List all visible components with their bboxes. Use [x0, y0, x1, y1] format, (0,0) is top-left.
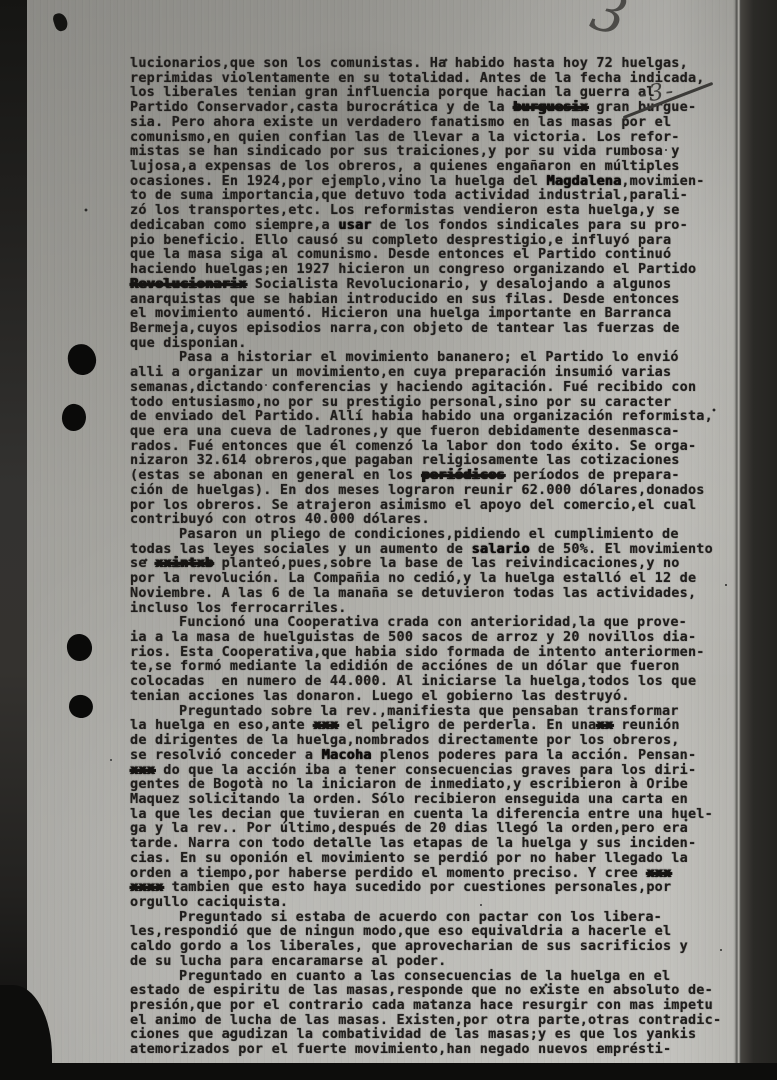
typed-line: atemorizados por el fuerte movimiento,ha…: [130, 1042, 748, 1057]
typed-line: sia. Pero ahora existe un verdadero fana…: [130, 115, 748, 130]
typed-line: de su lucha para encaramarse al poder.: [130, 954, 748, 969]
typed-line: mistas se han sindicado por sus traicion…: [130, 144, 748, 159]
typed-line: alli a organizar un movimiento,en cuya p…: [130, 365, 748, 380]
typed-line: gentes de Bogotà no la iniciaron de inme…: [130, 777, 748, 792]
typed-line: el movimiento aumentó. Hicieron una huel…: [130, 306, 748, 321]
typed-line: te,se formó mediante la edidión de acció…: [130, 659, 748, 674]
typed-line: anarquistas que se habian introducido en…: [130, 292, 748, 307]
typed-line: ción de huelgas). En dos meses lograron …: [130, 483, 748, 498]
typed-line: tarde. Narra con todo detalle las etapas…: [130, 836, 748, 851]
scan-border-bottom: [0, 1063, 777, 1080]
typed-line: ga y la rev.. Por último,después de 20 d…: [130, 821, 748, 836]
typed-line: xxx do que la acción iba a tener consecu…: [130, 763, 748, 778]
typed-line: Bermeja,cuyos episodios narra,con objeto…: [130, 321, 748, 336]
typed-line: nizaron 32.614 obreros,que pagaban relig…: [130, 453, 748, 468]
typed-line: to de suma importancia,que detuvo toda a…: [130, 188, 748, 203]
typed-line: presión,que por el contrario cada matanz…: [130, 998, 748, 1013]
typed-line: dedicaban como siempre,a usar de los fon…: [130, 218, 748, 233]
typed-line: zó los transportes,etc. Los reformistas …: [130, 203, 748, 218]
typed-line: Pasaron un pliego de condiciones,pidiend…: [130, 527, 748, 542]
typed-line: que era una cueva de ladrones,y que fuer…: [130, 424, 748, 439]
typed-line: se resolvió conceder a Macoha plenos pod…: [130, 748, 748, 763]
typed-line: Funcionó una Cooperativa crada con anter…: [130, 615, 748, 630]
typed-line: estado de espiritu de las masas,responde…: [130, 983, 748, 998]
typed-line: xxxx tambien que esto haya sucedido por …: [130, 880, 748, 895]
typed-line: colocadas en numero de 44.000. Al inicia…: [130, 674, 748, 689]
typed-line: ia a la masa de huelguistas de 500 sacos…: [130, 630, 748, 645]
typed-line: cias. En su oponión el movimiento se per…: [130, 851, 748, 866]
typed-line: que la masa siga al comunismo. Desde ent…: [130, 247, 748, 262]
typed-line: ciones que agudizan la combatividad de l…: [130, 1027, 748, 1042]
typed-line: lucionarios,que son los comunistas. Ha h…: [130, 56, 748, 71]
typed-line: semanas,dictando conferencias y haciendo…: [130, 380, 748, 395]
typed-line: caldo gordo a los liberales, que aprovec…: [130, 939, 748, 954]
paper-right-edge: [734, 0, 741, 1063]
typed-line: de dirigentes de la huelga,nombrados dir…: [130, 733, 748, 748]
typed-line: de enviado del Partido. Allí habia habid…: [130, 409, 748, 424]
typed-line: haciendo huelgas;en 1927 hicieron un con…: [130, 262, 748, 277]
typed-line: la huelga en eso,ante xxx el peligro de …: [130, 718, 748, 733]
typed-line: Revolucionarix Socialista Revolucionario…: [130, 277, 748, 292]
typed-line: contribuyó con otros 40.000 dólares.: [130, 512, 748, 527]
typed-text: lucionarios,que son los comunistas. Ha h…: [130, 56, 748, 1057]
scan-border-right: [741, 0, 777, 1080]
typed-line: les,respondió que de ningun modo,que eso…: [130, 924, 748, 939]
typed-line: Noviembre. A las 6 de la manaña se detuv…: [130, 586, 748, 601]
typed-line: se xxintxb planteó,pues,sobre la base de…: [130, 556, 748, 571]
typed-line: (estas se abonan en general en los perió…: [130, 468, 748, 483]
typed-line: tenian acciones las donaron. Luego el go…: [130, 689, 748, 704]
typed-line: Maquez solicitando la orden. Sólo recibi…: [130, 792, 748, 807]
typed-line: orgullo caciquista.: [130, 895, 748, 910]
typed-line: Pasa a historiar el movimiento bananero;…: [130, 350, 748, 365]
typed-line: lujosa,a expensas de los obreros, a quie…: [130, 159, 748, 174]
scan-border-left: [0, 0, 27, 1080]
typed-line: por la revolución. La Compañia no cedió,…: [130, 571, 748, 586]
